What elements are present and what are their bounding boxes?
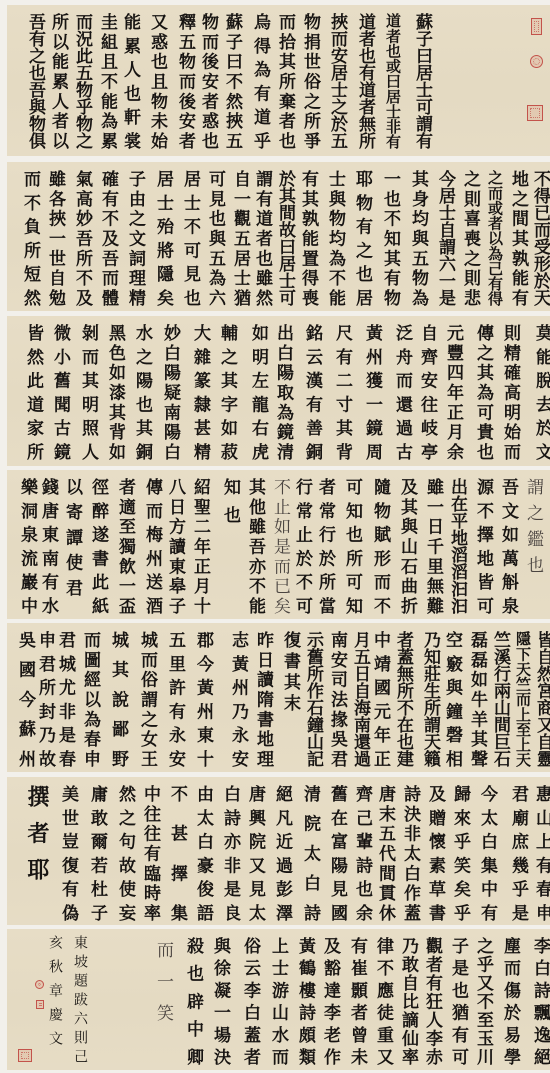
text-column: 南安司法掾吳君 <box>327 631 347 767</box>
text-column: 而拾其所棄者也 <box>275 13 295 149</box>
text-column: 子由之文詞理精 <box>125 170 145 306</box>
text-column: 吾文如萬斛泉 <box>498 478 518 614</box>
text-column: 與徐凝一場決 <box>210 937 230 1065</box>
text-column: 而況此五物乎物之 <box>72 13 92 149</box>
text-column: 如明左龍右虎 <box>248 324 268 460</box>
text-column: 釋五物而後安者 <box>175 13 195 149</box>
text-column: 美世豈復有偽 <box>58 785 78 921</box>
seal-stamp <box>18 1049 32 1062</box>
text-column: 唐末五代間貫休 <box>375 785 395 921</box>
text-column: 乃知莊生所謂天籟 <box>420 631 440 767</box>
text-column: 居士不可見也 <box>180 170 200 306</box>
inscription-column: 東坡題跋六則己 <box>72 935 88 1063</box>
text-column: 月五日自海南還過 <box>350 631 370 767</box>
text-column: 蘇子曰不然挾五 <box>222 13 242 149</box>
text-column: 撰者耶 <box>23 785 47 880</box>
text-column: 所以能累人者以 <box>48 13 68 149</box>
scroll-panel-4: 謂之鑑也 吾文如萬斛泉 源不擇地皆可 出在平地滔滔汩汩 雖一日千里無難 及其與山… <box>7 470 550 619</box>
text-column: 耶物有之也居 <box>352 170 372 306</box>
scroll-panel-6: 惠山上有春申 君廟庶幾乎是 今太白集中有 歸來乎笑矣乎 及贈懷素草書 詩決非太白… <box>7 777 550 925</box>
scroll-panel-1: 蘇子曰居士可謂有 道者也或曰居士非有 道者也有道者無所 挾而安居士之於五 物捐世… <box>7 5 550 156</box>
text-column: 城而俗謂之女王 <box>137 631 157 767</box>
text-column: 元豐四年正月余 <box>443 324 463 460</box>
text-column: 居士殆將隱矣 <box>153 170 173 306</box>
text-column: 銘云漢有善銅 <box>302 324 322 460</box>
text-column: 自一觀五居士猶 <box>230 170 250 306</box>
text-column: 而圖經以為春申 <box>80 631 100 767</box>
seal-stamp <box>531 18 542 35</box>
text-column: 申君所封乃故 <box>35 631 55 767</box>
text-column: 自齊安往岐亭 <box>417 324 437 460</box>
text-column: 而不負所短然 <box>20 170 40 306</box>
text-column: 八日方讀東皋子 <box>165 478 185 614</box>
text-column: 李白詩飄逸絕 <box>530 937 550 1065</box>
text-column: 雖一日千里無難 <box>423 478 443 614</box>
text-column: 樂洞泉流巖中 <box>17 478 37 614</box>
text-column: 磊磊如牛羊其聲 <box>467 631 487 767</box>
text-column: 雖各挾一世自勉 <box>45 170 65 306</box>
text-column: 上士游山水而 <box>268 937 288 1065</box>
seal-stamp <box>527 105 543 121</box>
scroll-panel-2: 不得已而受形於天 地之間其孰能有 之而或者以為己有得 之則喜喪之則悲 今居士自謂… <box>7 162 550 311</box>
text-column: 行常止於不可 <box>292 478 312 614</box>
text-column: 黑色如漆其背如 <box>105 324 125 460</box>
scroll-panel-3: 莫能脫去於文 則精確高明始而 傳之其為可貴也 元豐四年正月余 自齊安往岐亭 泛舟… <box>7 316 550 466</box>
text-column: 挾而安居士之於五 <box>327 13 347 149</box>
text-column: 城其說鄙野 <box>108 631 128 767</box>
text-column: 大雜篆隸甚精 <box>190 324 210 460</box>
text-column: 殺也辟中卿 <box>183 937 203 1065</box>
text-column: 者適至獨飲一盃 <box>115 478 135 614</box>
text-column: 剝而其明照人 <box>78 324 98 460</box>
text-column: 隱下天竺而上至上天 <box>513 631 533 767</box>
text-column: 謂有道者也雖然 <box>252 170 272 306</box>
text-column: 觀者有狂人李赤 <box>422 937 442 1065</box>
text-column: 出在平地滔滔汩汩 <box>447 478 467 614</box>
seal-stamp <box>36 1000 44 1009</box>
text-column: 其身均與五物為 <box>408 170 428 306</box>
text-column: 清院太白詩 <box>300 785 320 921</box>
text-column: 烏得為有道乎 <box>250 13 270 149</box>
text-column: 謂之鑑也 <box>523 478 543 573</box>
text-column: 皆然此道家所 <box>23 324 43 460</box>
text-column: 吾有之也吾與物俱 <box>25 13 45 149</box>
text-column: 道者也或曰居士非有 <box>383 13 403 149</box>
text-column: 微小舊聞古鏡 <box>50 324 70 460</box>
text-column: 中往往有臨時率 <box>140 785 160 921</box>
text-column: 乃敢自比謫仙率 <box>398 937 418 1065</box>
text-column: 之乎又不至玉川 <box>473 937 493 1065</box>
text-column: 隨物賦形而不 <box>370 478 390 614</box>
text-column: 傳而梅州送酒 <box>142 478 162 614</box>
text-column: 竺溪行兩山間巨石 <box>490 631 510 767</box>
text-column: 地之間其孰能有 <box>508 170 528 306</box>
text-column: 其他雖吾亦不能 <box>245 478 265 614</box>
text-column: 歸來乎笑矣乎 <box>450 785 470 921</box>
text-column: 莫能脫去於文 <box>532 324 550 460</box>
text-column: 尺有二寸其背 <box>332 324 352 460</box>
text-column: 塵而傷於易學 <box>500 937 520 1065</box>
text-column: 復書其末 <box>280 631 300 711</box>
text-column: 者常行於所當 <box>315 478 335 614</box>
text-column: 之則喜喪之則悲 <box>460 170 480 306</box>
text-column: 道者也有道者無所 <box>355 13 375 149</box>
text-column: 不得已而受形於天 <box>530 170 550 306</box>
text-column: 者蓋無所不在也建 <box>393 631 413 767</box>
text-column: 舊在富陽見國 <box>327 785 347 921</box>
text-column: 今太白集中有 <box>477 785 497 921</box>
text-column: 律不應徒重又 <box>373 937 393 1065</box>
seal-stamp <box>35 980 44 989</box>
calligraphy-scroll: 蘇子曰居士可謂有 道者也或曰居士非有 道者也有道者無所 挾而安居士之於五 物捐世… <box>0 0 550 1073</box>
text-column: 黃州獲一鏡周 <box>362 324 382 460</box>
text-column: 一也不知其有物 <box>380 170 400 306</box>
artist-signature: 亥秋章慶文 <box>47 935 63 1045</box>
text-column: 白詩亦非是良 <box>220 785 240 921</box>
text-column: 五里許有永安 <box>165 631 185 767</box>
text-column: 錢唐東南有水 <box>38 478 58 614</box>
text-column: 源不擇地皆可 <box>473 478 493 614</box>
text-column: 俗云李白蓋者 <box>240 937 260 1065</box>
text-column: 子是也猶有可 <box>448 937 468 1065</box>
text-column: 確有不及吾而體 <box>98 170 118 306</box>
text-column: 及其與山石曲折 <box>397 478 417 614</box>
text-column: 泛舟而還過古 <box>392 324 412 460</box>
text-column: 絕凡近過彭澤 <box>272 785 292 921</box>
text-column: 今居士自謂六一是 <box>435 170 455 306</box>
text-column: 則精確高明始而 <box>500 324 520 460</box>
text-column: 傳之其為可貴也 <box>473 324 493 460</box>
text-column: 出白陽取為鏡清 <box>273 324 293 460</box>
text-column: 輔之其字如菽 <box>217 324 237 460</box>
text-column: 及豁達李老作 <box>320 937 340 1065</box>
text-column: 又惑也且物未始 <box>147 13 167 149</box>
scroll-panel-7: 李白詩飄逸絕 塵而傷於易學 之乎又不至玉川 子是也猶有可 觀者有狂人李赤 乃敢自… <box>7 929 550 1070</box>
text-column: 黃鶴樓詩頗類 <box>295 937 315 1065</box>
text-column: 庸敢爾若杜子 <box>87 785 107 921</box>
text-column: 可見也與五為六 <box>205 170 225 306</box>
text-column: 紹聖二年正月十 <box>190 478 210 614</box>
text-column: 妙白陽疑南陽白 <box>160 324 180 460</box>
text-column: 物而後安者惑也 <box>198 13 218 149</box>
text-column: 不止如是而已矣 <box>270 478 290 614</box>
text-column: 氣高妙吾所不及 <box>72 170 92 306</box>
text-column: 示舊所作石鐘山記 <box>303 631 323 767</box>
text-column: 於其間故曰居士可 <box>275 170 295 306</box>
text-column: 圭組且不能為累 <box>97 13 117 149</box>
text-column: 然之句故使妄 <box>115 785 135 921</box>
text-column: 徑醉遂書此紙 <box>88 478 108 614</box>
text-column: 士與物均為不能 <box>325 170 345 306</box>
text-column: 空竅與鐘磬相 <box>442 631 462 767</box>
scroll-panel-5: 皆自然宮商又自靈 隱下天竺而上至上天 竺溪行兩山間巨石 磊磊如牛羊其聲 空竅與鐘… <box>7 623 550 772</box>
text-column: 以寄譚使君 <box>62 478 82 596</box>
text-column: 水之陽也其銅 <box>132 324 152 460</box>
text-column: 不甚擇集 <box>167 785 187 921</box>
text-column: 及贈懷素草書 <box>425 785 445 921</box>
seal-stamp <box>530 55 543 68</box>
text-column: 之而或者以為己有得 <box>485 170 505 306</box>
text-column: 君廟庶幾乎是 <box>508 785 528 921</box>
text-column: 知也 <box>220 478 240 523</box>
text-column: 君城尤非是春 <box>55 631 75 767</box>
text-column: 齊己輩詩也余 <box>352 785 372 921</box>
text-column: 由太白豪俊語 <box>193 785 213 921</box>
text-column: 蘇子曰居士可謂有 <box>412 13 432 149</box>
text-column: 志黃州乃永安 <box>228 631 248 767</box>
text-column: 有其孰能置得喪 <box>298 170 318 306</box>
text-column: 詩決非太白作蓋 <box>400 785 420 921</box>
text-column: 中靖國元年正 <box>370 631 390 767</box>
text-column: 唐興院又見太 <box>245 785 265 921</box>
text-column: 物捐世俗之所爭 <box>300 13 320 149</box>
text-column: 而一笑 <box>153 941 173 1021</box>
text-column: 有崔顥者曾未 <box>347 937 367 1065</box>
text-column: 可知也所可知 <box>342 478 362 614</box>
text-column: 能累人也軒裳 <box>120 13 140 149</box>
text-column: 皆自然宮商又自靈 <box>533 631 550 767</box>
text-column: 惠山上有春申 <box>532 785 550 921</box>
text-column: 昨日讀隋書地理 <box>253 631 273 767</box>
text-column: 吳國今蘇州 <box>15 631 35 767</box>
text-column: 郡今黃州東十 <box>193 631 213 767</box>
